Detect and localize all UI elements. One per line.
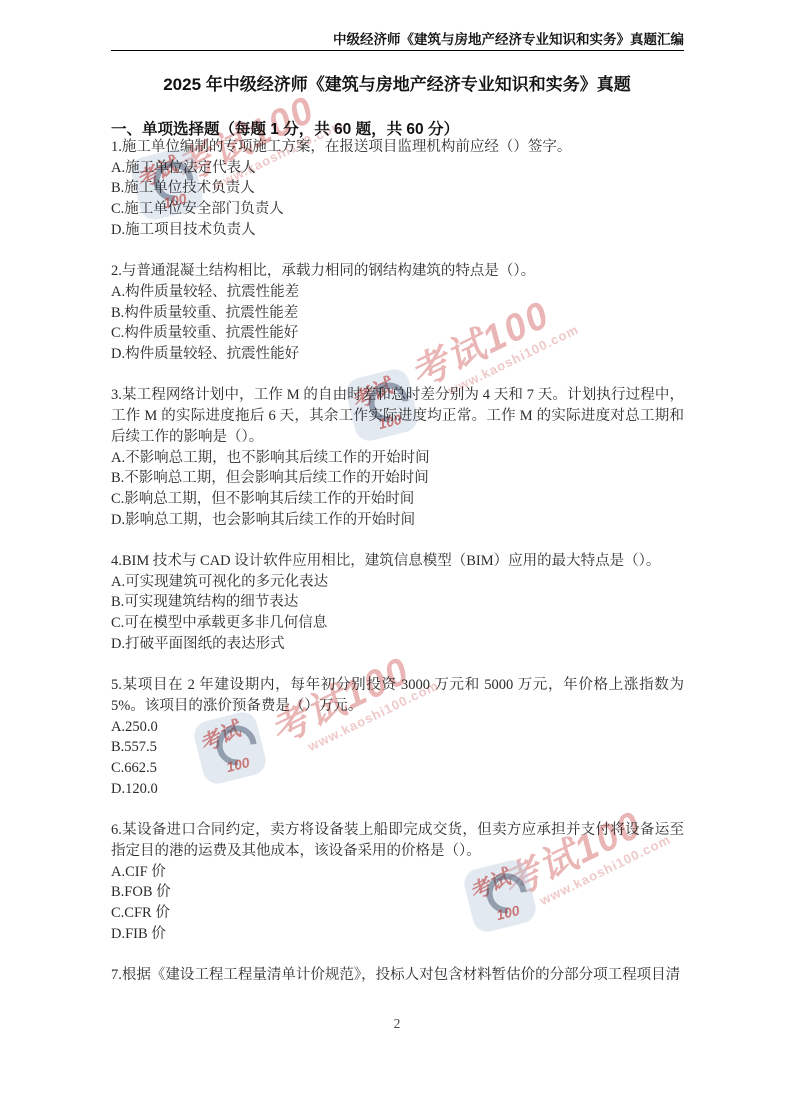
question-option: D.影响总工期，也会影响其后续工作的开始时间 <box>111 510 684 531</box>
question-option: D.构件质量较轻、抗震性能好 <box>111 344 684 365</box>
question-option: B.施工单位技术负责人 <box>111 178 684 199</box>
question-text: 2.与普通混凝土结构相比，承载力相同的钢结构建筑的特点是（）。 <box>111 261 684 282</box>
question-option: A.构件质量较轻、抗震性能差 <box>111 282 684 303</box>
question-option: C.可在模型中承载更多非几何信息 <box>111 613 684 634</box>
question-block: 5.某项目在 2 年建设期内，每年初分别投资 3000 万元和 5000 万元，… <box>111 675 684 799</box>
question-block: 6.某设备进口合同约定，卖方将设备装上船即完成交货，但卖方应承担并支付将设备运至… <box>111 820 684 944</box>
question-option: A.250.0 <box>111 717 684 738</box>
question-block: 7.根据《建设工程工程量清单计价规范》，投标人对包含材料暂估价的分部分项工程项目… <box>111 965 684 986</box>
question-block: 3.某工程网络计划中，工作 M 的自由时差和总时差分别为 4 天和 7 天。计划… <box>111 385 684 530</box>
question-block: 2.与普通混凝土结构相比，承载力相同的钢结构建筑的特点是（）。A.构件质量较轻、… <box>111 261 684 365</box>
question-option: D.打破平面图纸的表达形式 <box>111 634 684 655</box>
question-option: D.120.0 <box>111 779 684 800</box>
question-option: A.可实现建筑可视化的多元化表达 <box>111 572 684 593</box>
question-option: D.FIB 价 <box>111 924 684 945</box>
question-text: 6.某设备进口合同约定，卖方将设备装上船即完成交货，但卖方应承担并支付将设备运至… <box>111 820 684 861</box>
question-text: 1.施工单位编制的专项施工方案，在报送项目监理机构前应经（）签字。 <box>111 137 684 158</box>
question-option: B.557.5 <box>111 737 684 758</box>
exam-document-page: 考试100www.kaoshi100.com考试100考试100www.kaos… <box>0 0 794 1098</box>
question-option: D.施工项目技术负责人 <box>111 220 684 241</box>
question-text: 3.某工程网络计划中，工作 M 的自由时差和总时差分别为 4 天和 7 天。计划… <box>111 385 684 447</box>
question-text: 5.某项目在 2 年建设期内，每年初分别投资 3000 万元和 5000 万元，… <box>111 675 684 716</box>
question-option: C.施工单位安全部门负责人 <box>111 199 684 220</box>
question-option: B.可实现建筑结构的细节表达 <box>111 592 684 613</box>
question-option: C.662.5 <box>111 758 684 779</box>
question-option: A.CIF 价 <box>111 862 684 883</box>
question-block: 4.BIM 技术与 CAD 设计软件应用相比，建筑信息模型（BIM）应用的最大特… <box>111 551 684 655</box>
question-option: B.不影响总工期，但会影响其后续工作的开始时间 <box>111 468 684 489</box>
question-text: 4.BIM 技术与 CAD 设计软件应用相比，建筑信息模型（BIM）应用的最大特… <box>111 551 684 572</box>
header-divider <box>111 50 684 51</box>
question-option: A.不影响总工期，也不影响其后续工作的开始时间 <box>111 448 684 469</box>
question-option: B.构件质量较重、抗震性能差 <box>111 303 684 324</box>
question-option: A.施工单位法定代表人 <box>111 158 684 179</box>
question-option: C.构件质量较重、抗震性能好 <box>111 323 684 344</box>
question-option: B.FOB 价 <box>111 882 684 903</box>
document-header: 中级经济师《建筑与房地产经济专业知识和实务》真题汇编 <box>111 28 684 48</box>
question-block: 1.施工单位编制的专项施工方案，在报送项目监理机构前应经（）签字。A.施工单位法… <box>111 137 684 241</box>
question-option: C.影响总工期，但不影响其后续工作的开始时间 <box>111 489 684 510</box>
section-heading: 一、单项选择题（每题 1 分，共 60 题，共 60 分） <box>111 117 711 139</box>
page-number: 2 <box>0 1016 794 1032</box>
questions-list: 1.施工单位编制的专项施工方案，在报送项目监理机构前应经（）签字。A.施工单位法… <box>111 137 684 1006</box>
page-title: 2025 年中级经济师《建筑与房地产经济专业知识和实务》真题 <box>0 70 794 95</box>
question-text: 7.根据《建设工程工程量清单计价规范》，投标人对包含材料暂估价的分部分项工程项目… <box>111 965 684 986</box>
question-option: C.CFR 价 <box>111 903 684 924</box>
